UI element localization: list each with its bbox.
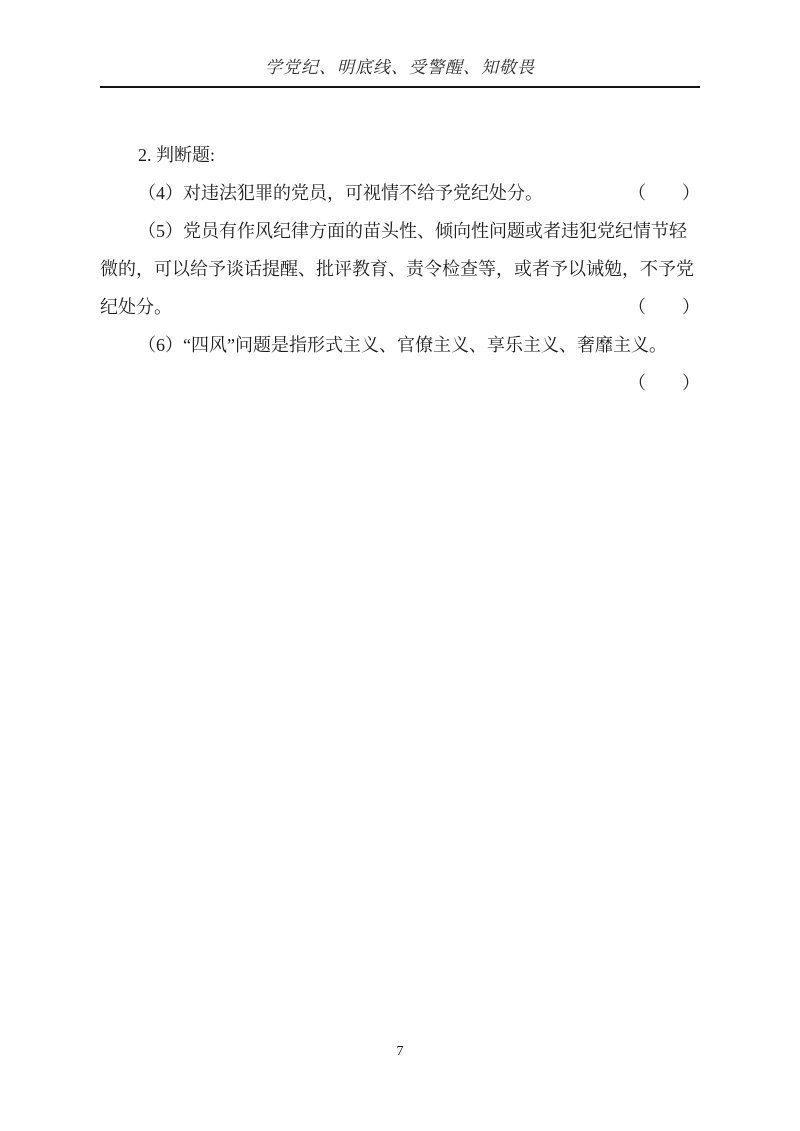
section-title: 2. 判断题: <box>100 136 700 174</box>
page-number: 7 <box>0 1042 800 1062</box>
question-6-answer-blank: （ ） <box>628 373 700 393</box>
question-5-text-line-1: （5）党员有作风纪律方面的苗头性、倾向性问题或者违犯党纪情节轻 <box>100 212 700 250</box>
question-4-answer-blank: （ ） <box>628 174 700 212</box>
question-5-text-line-3: 纪处分。 <box>100 288 172 326</box>
page-header-slogan: 学党纪、明底线、受警醒、知敬畏 <box>0 56 800 80</box>
header-rule-divider <box>100 86 700 88</box>
document-page: 学党纪、明底线、受警醒、知敬畏 2. 判断题: （4）对违法犯罪的党员，可视情不… <box>0 0 800 1131</box>
question-5-last-row: 纪处分。 （ ） <box>100 288 700 326</box>
question-4-text: （4）对违法犯罪的党员，可视情不给予党纪处分。 <box>138 174 543 212</box>
question-4-row: （4）对违法犯罪的党员，可视情不给予党纪处分。 （ ） <box>100 174 700 212</box>
question-6-blank-row: （ ） <box>100 364 700 402</box>
question-5-text-line-2: 微的，可以给予谈话提醒、批评教育、责令检查等，或者予以诫勉，不予党 <box>100 250 700 288</box>
question-6-text: （6）“四风”问题是指形式主义、官僚主义、享乐主义、奢靡主义。 <box>100 326 700 364</box>
question-5-answer-blank: （ ） <box>628 288 700 326</box>
question-section: 2. 判断题: （4）对违法犯罪的党员，可视情不给予党纪处分。 （ ） （5）党… <box>100 136 700 402</box>
